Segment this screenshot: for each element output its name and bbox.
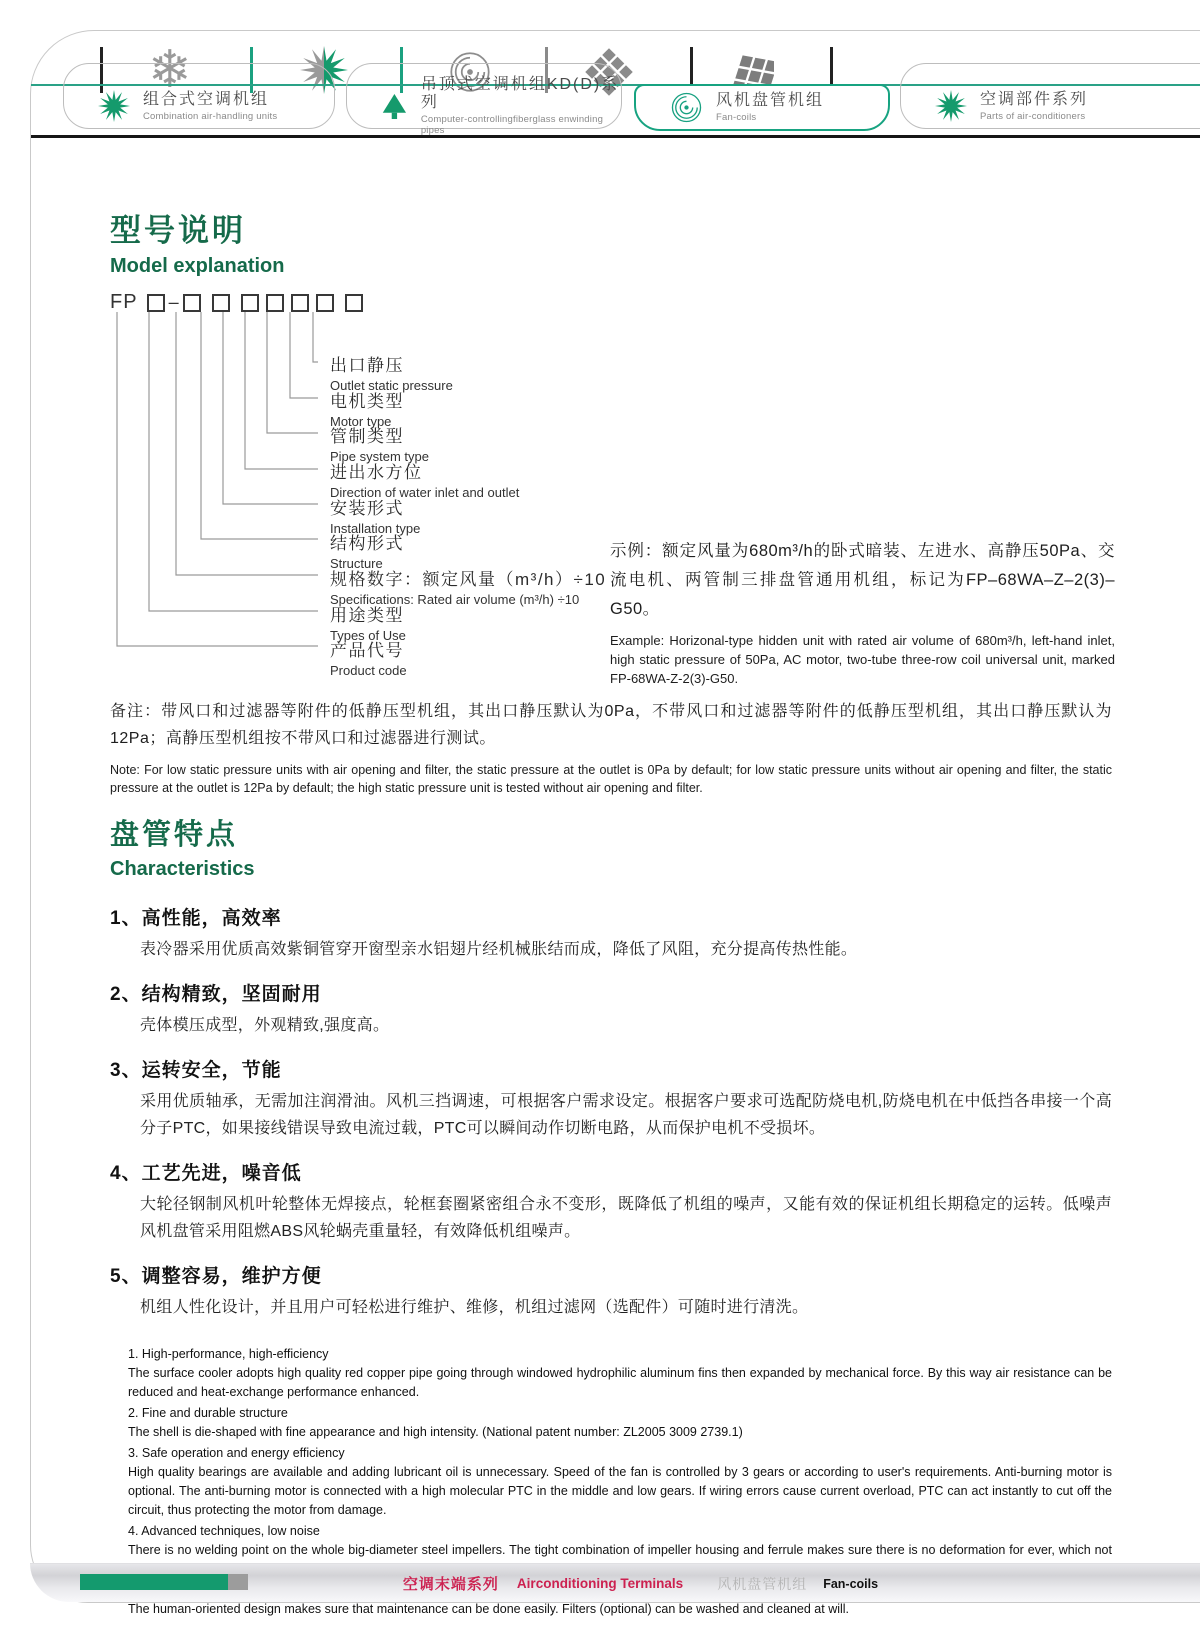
fingerprint-icon: [670, 91, 703, 124]
note-en: Note: For low static pressure units with…: [110, 761, 1112, 797]
tab-label: 吊顶式空调机组KD(D)系列: [421, 76, 621, 112]
feature-heading-en: 3. Safe operation and energy efficiency: [128, 1444, 1112, 1463]
tab-combination-units[interactable]: 组合式空调机组 Combination air-handling units: [63, 63, 335, 129]
footer-product-en: Fan-coils: [823, 1577, 878, 1591]
feature-heading: 1、高性能，高效率: [110, 903, 1112, 930]
starburst-icon: [98, 90, 130, 122]
footer-text: 空调末端系列 Airconditioning Terminals 风机盘管机组 …: [403, 1573, 878, 1594]
feature-heading: 3、运转安全，节能: [110, 1055, 1112, 1082]
tab-label: 组合式空调机组: [143, 91, 277, 109]
footer-gray-block: [228, 1574, 248, 1590]
feature-body: 大轮径钢制风机叶轮整体无焊接点，轮框套圈紧密组合永不变形，既降低了机组的噪声，又…: [110, 1191, 1112, 1245]
feature-body-en: The human-oriented design makes sure tha…: [128, 1600, 1112, 1619]
section-title-en: Model explanation: [110, 255, 1110, 278]
characteristics-section: 盘管特点 Characteristics 1、高性能，高效率 表冷器采用优质高效…: [110, 812, 1112, 1619]
tab-label: 空调部件系列: [980, 91, 1088, 109]
feature-heading: 5、调整容易，维护方便: [110, 1261, 1112, 1288]
feature-heading: 2、结构精致，坚固耐用: [110, 979, 1112, 1006]
footer-series-zh: 空调末端系列: [403, 1573, 499, 1594]
footer-series-en: Airconditioning Terminals: [517, 1576, 683, 1591]
model-example: 示例：额定风量为680m³/h的卧式暗装、左进水、高静压50Pa、交流电机、两管…: [610, 537, 1115, 688]
feature-heading: 4、工艺先进，噪音低: [110, 1158, 1112, 1185]
section-title-en: Characteristics: [110, 858, 1112, 881]
feature-heading-en: 2. Fine and durable structure: [128, 1404, 1112, 1423]
feature-body: 表冷器采用优质高效紫铜管穿开窗型亲水铝翅片经机械胀结而成，降低了风阻，充分提高传…: [110, 936, 1112, 963]
model-code-connectors: [110, 290, 340, 670]
feature-body-en: The shell is die-shaped with fine appear…: [128, 1423, 1112, 1442]
feature-body: 采用优质轴承，无需加注润滑油。风机三挡调速，可根据客户需求设定。根据客户要求可选…: [110, 1088, 1112, 1142]
section-title-zh: 盘管特点: [110, 812, 1112, 853]
tab-parts-series[interactable]: 空调部件系列 Parts of air-conditioners: [900, 63, 1200, 129]
feature-heading-en: 4. Advanced techniques, low noise: [128, 1522, 1112, 1541]
feature-body: 壳体模压成型，外观精致,强度高。: [110, 1012, 1112, 1039]
tab-ceiling-units[interactable]: 吊顶式空调机组KD(D)系列 Computer-controllingfiber…: [346, 63, 622, 129]
tab-sublabel: Parts of air-conditioners: [980, 111, 1088, 122]
model-explanation-section: 型号说明 Model explanation FP – 出口静压 Outlet …: [110, 205, 1110, 278]
feature-body-en: High quality bearings are available and …: [128, 1463, 1112, 1520]
tab-sublabel: Combination air-handling units: [143, 111, 277, 122]
tree-icon: [381, 92, 408, 121]
note-block: 备注：带风口和过滤器等附件的低静压型机组，其出口静压默认为0Pa，不带风口和过滤…: [110, 698, 1112, 797]
note-zh: 备注：带风口和过滤器等附件的低静压型机组，其出口静压默认为0Pa，不带风口和过滤…: [110, 698, 1112, 752]
footer-bar: 空调末端系列 Airconditioning Terminals 风机盘管机组 …: [30, 1563, 1200, 1602]
model-code-box: [345, 294, 363, 312]
feature-body-en: The surface cooler adopts high quality r…: [128, 1364, 1112, 1402]
feature-body: 机组人性化设计，并且用户可轻松进行维护、维修，机组过滤网（选配件）可随时进行清洗…: [110, 1294, 1112, 1321]
model-label: 产品代号 Product code: [330, 636, 407, 678]
tab-fan-coils[interactable]: 风机盘管机组 Fan-coils: [634, 84, 890, 131]
tab-sublabel: Computer-controllingfiberglass enwinding…: [421, 114, 621, 136]
section-title-zh: 型号说明: [110, 205, 1110, 250]
footer-green-block: [80, 1574, 228, 1590]
starburst-icon: [935, 90, 967, 122]
feature-heading-en: 1. High-performance, high-efficiency: [128, 1345, 1112, 1364]
model-example-zh: 示例：额定风量为680m³/h的卧式暗装、左进水、高静压50Pa、交流电机、两管…: [610, 537, 1115, 624]
model-example-en: Example: Horizonal-type hidden unit with…: [610, 631, 1115, 688]
footer-product-zh: 风机盘管机组: [717, 1574, 807, 1594]
tab-sublabel: Fan-coils: [716, 112, 824, 123]
tab-label: 风机盘管机组: [716, 92, 824, 110]
